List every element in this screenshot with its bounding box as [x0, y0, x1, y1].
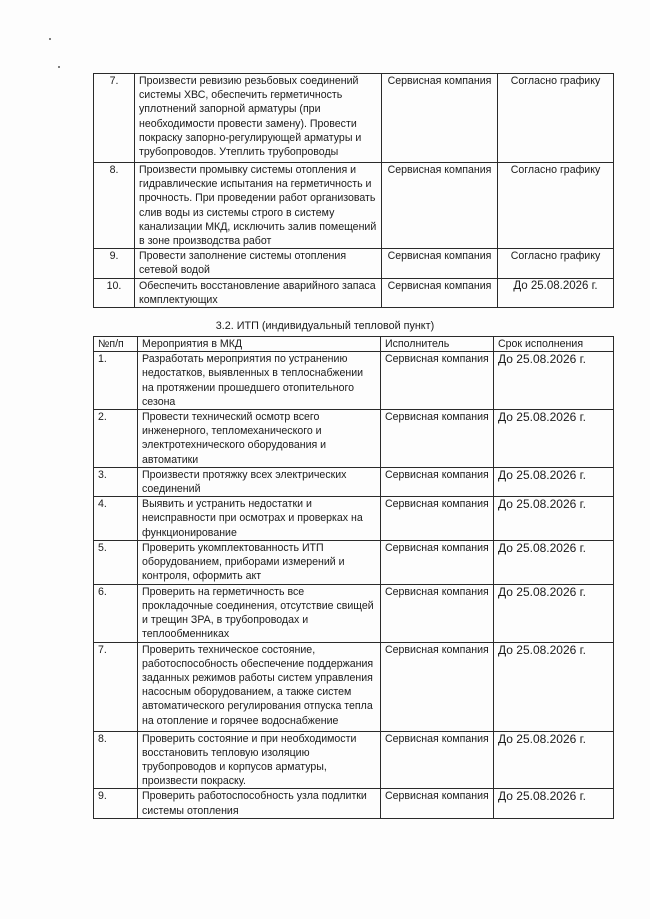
row-executor: Сервисная компания: [382, 249, 498, 278]
table-row: 10. Обеспечить восстановление аварийного…: [94, 278, 614, 307]
row-term: До 25.08.2026 г.: [498, 278, 614, 307]
row-task: Проверить работоспособность узла подлитк…: [138, 789, 381, 818]
row-number: 10.: [94, 278, 135, 307]
table-row: 9. Провести заполнение системы отопления…: [94, 249, 614, 278]
section-caption: 3.2. ИТП (индивидуальный тепловой пункт): [0, 320, 650, 332]
row-term: До 25.08.2026 г.: [494, 540, 614, 584]
row-number: 7.: [94, 74, 135, 163]
row-number: 9.: [94, 249, 135, 278]
row-term: До 25.08.2026 г.: [494, 584, 614, 642]
row-task: Обеспечить восстановление аварийного зап…: [135, 278, 382, 307]
document-page: 7. Произвести ревизию резьбовых соединен…: [0, 0, 650, 919]
row-number: 2.: [94, 410, 138, 468]
table-row: 6. Проверить на герметичность все прокла…: [94, 584, 614, 642]
scan-speck: [49, 38, 51, 40]
row-task: Провести технический осмотр всего инжене…: [138, 410, 381, 468]
row-executor: Сервисная компания: [382, 163, 498, 249]
row-term: До 25.08.2026 г.: [494, 410, 614, 468]
row-task: Проверить укомплектованность ИТП оборудо…: [138, 540, 381, 584]
row-task: Выявить и устранить недостатки и неиспра…: [138, 497, 381, 541]
row-executor: Сервисная компания: [381, 642, 494, 731]
row-task: Проверить состояние и при необходимости …: [138, 731, 381, 789]
row-number: 6.: [94, 584, 138, 642]
row-term: До 25.08.2026 г.: [494, 497, 614, 541]
row-term: До 25.08.2026 г.: [494, 642, 614, 731]
row-number: 8.: [94, 163, 135, 249]
row-term: Согласно графику: [498, 249, 614, 278]
row-number: 7.: [94, 642, 138, 731]
table-header-row: №п/п Мероприятия в МКД Исполнитель Срок …: [94, 337, 614, 352]
row-term: До 25.08.2026 г.: [494, 789, 614, 818]
row-executor: Сервисная компания: [381, 540, 494, 584]
row-executor: Сервисная компания: [381, 731, 494, 789]
row-number: 5.: [94, 540, 138, 584]
table-row: 1. Разработать мероприятия по устранению…: [94, 352, 614, 410]
row-task: Провести заполнение системы отопления се…: [135, 249, 382, 278]
scan-speck: [58, 66, 60, 68]
row-executor: Сервисная компания: [381, 497, 494, 541]
header-term: Срок исполнения: [494, 337, 614, 352]
table-row: 4. Выявить и устранить недостатки и неис…: [94, 497, 614, 541]
row-executor: Сервисная компания: [381, 584, 494, 642]
maintenance-table-continued: 7. Произвести ревизию резьбовых соединен…: [93, 73, 614, 308]
header-num: №п/п: [94, 337, 138, 352]
row-number: 8.: [94, 731, 138, 789]
row-executor: Сервисная компания: [381, 410, 494, 468]
row-task: Проверить на герметичность все прокладоч…: [138, 584, 381, 642]
row-number: 3.: [94, 467, 138, 496]
row-term: Согласно графику: [498, 74, 614, 163]
row-executor: Сервисная компания: [381, 789, 494, 818]
header-task: Мероприятия в МКД: [138, 337, 381, 352]
row-task: Разработать мероприятия по устранению не…: [138, 352, 381, 410]
row-term: До 25.08.2026 г.: [494, 731, 614, 789]
table-row: 9. Проверить работоспособность узла подл…: [94, 789, 614, 818]
row-number: 1.: [94, 352, 138, 410]
row-executor: Сервисная компания: [381, 352, 494, 410]
row-executor: Сервисная компания: [382, 74, 498, 163]
row-number: 4.: [94, 497, 138, 541]
itp-table: №п/п Мероприятия в МКД Исполнитель Срок …: [93, 336, 614, 819]
row-task: Проверить техническое состояние, работос…: [138, 642, 381, 731]
row-number: 9.: [94, 789, 138, 818]
table-row: 2. Провести технический осмотр всего инж…: [94, 410, 614, 468]
row-executor: Сервисная компания: [382, 278, 498, 307]
row-term: До 25.08.2026 г.: [494, 352, 614, 410]
row-task: Произвести промывку системы отопления и …: [135, 163, 382, 249]
row-task: Произвести ревизию резьбовых соединений …: [135, 74, 382, 163]
table-row: 7. Произвести ревизию резьбовых соединен…: [94, 74, 614, 163]
row-task: Произвести протяжку всех электрических с…: [138, 467, 381, 496]
row-term: Согласно графику: [498, 163, 614, 249]
table-row: 8. Произвести промывку системы отопления…: [94, 163, 614, 249]
row-term: До 25.08.2026 г.: [494, 467, 614, 496]
table-row: 3. Произвести протяжку всех электрически…: [94, 467, 614, 496]
table-row: 7. Проверить техническое состояние, рабо…: [94, 642, 614, 731]
row-executor: Сервисная компания: [381, 467, 494, 496]
table-row: 8. Проверить состояние и при необходимос…: [94, 731, 614, 789]
header-executor: Исполнитель: [381, 337, 494, 352]
table-row: 5. Проверить укомплектованность ИТП обор…: [94, 540, 614, 584]
